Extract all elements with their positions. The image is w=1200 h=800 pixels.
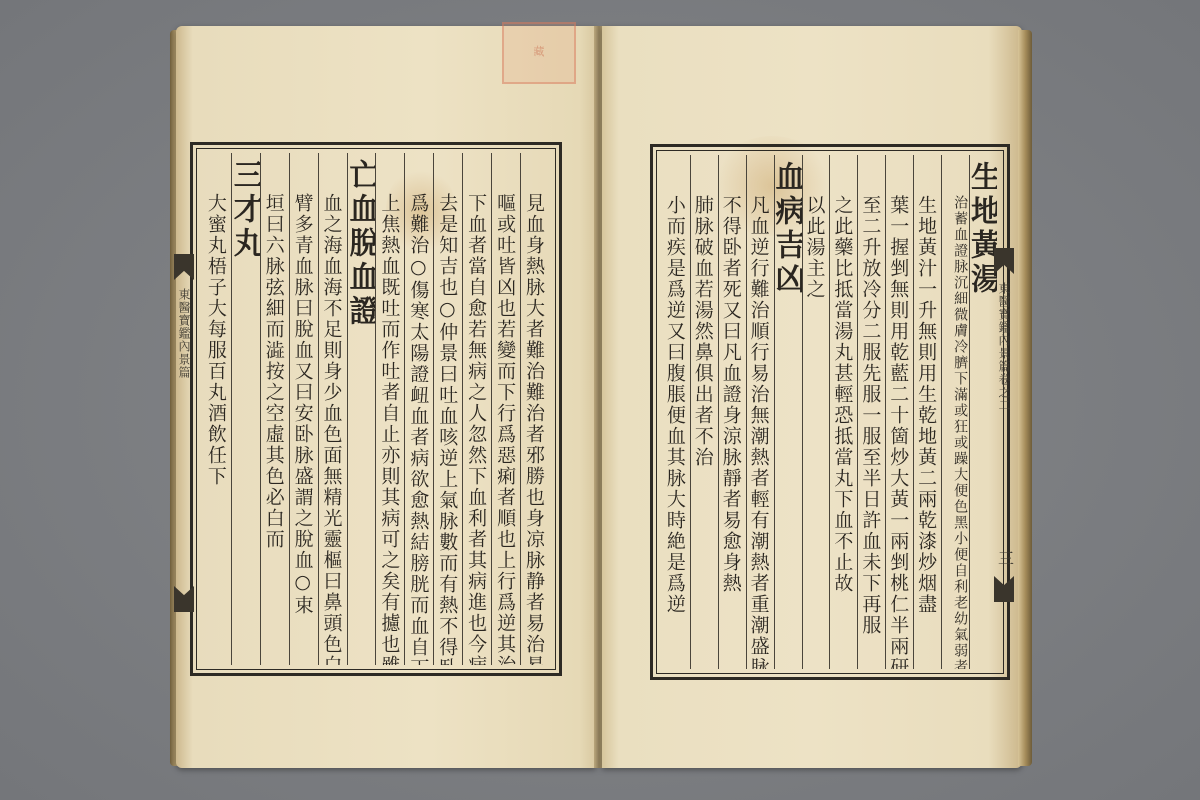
page-number: 三	[998, 546, 1014, 569]
text-column: 至二升放冷分二服先服一服至半日許血未下再服	[857, 155, 885, 669]
prescription-heading: 三才丸	[231, 153, 260, 665]
margin-label: 東醫寶鑑內景篇	[176, 288, 193, 379]
text-column: 爲難治○傷寒太陽證衄血者病欲愈熱結膀胱而血自下者亦欲愈以此觀之則他病伏熱之人	[404, 153, 433, 665]
prescription-heading: 生地黃湯	[969, 155, 997, 669]
text-column: 血之海血海不足則身少血色面無精光靈樞曰鼻頭色白者亡血也又曰衝脉爲	[318, 153, 347, 665]
left-columns: 見血身熱脉大者難治難治者邪勝也身凉脉静者易治易治者正氣復也又曰六溢上行或 嘔或吐…	[203, 153, 549, 665]
text-column: 之此藥比抵當湯丸甚輕恐抵當丸下血不止故	[829, 155, 857, 669]
section-heading: 亡血脫血證	[347, 153, 376, 665]
text-column: 小而疾是爲逆又曰腹脹便血其脉大時絶是爲逆	[663, 155, 690, 669]
text-column: 見血身熱脉大者難治難治者邪勝也身凉脉静者易治易治者正氣復也又曰六溢上行或	[520, 153, 549, 665]
text-column: 治蓄血證脉沉細微膚冷臍下滿或狂或躁大便色黑小便自利老幼氣弱者尤宜	[941, 155, 969, 669]
open-book: 見血身熱脉大者難治難治者邪勝也身凉脉静者易治易治者正氣復也又曰六溢上行或 嘔或吐…	[170, 26, 1032, 776]
library-seal: 藏	[502, 22, 576, 84]
text-column: 下血者當自愈若無病之人忽然下血利者其病進也今病血證上行而復下行爲惡利者其邪欲	[462, 153, 491, 665]
left-page-text-frame: 見血身熱脉大者難治難治者邪勝也身凉脉静者易治易治者正氣復也又曰六溢上行或 嘔或吐…	[190, 142, 562, 676]
text-column: 去是知吉也○仲景曰吐血咳逆上氣脉數而有熱不得卧者死○無故忽然瀉下惡血名曰心絶	[433, 153, 462, 665]
text-column: 上焦熱血既吐而作吐者自止亦則其病可之矣有攄也雖熱血之	[375, 153, 404, 665]
text-column: 以此湯主之	[802, 155, 830, 669]
left-page: 見血身熱脉大者難治難治者邪勝也身凉脉静者易治易治者正氣復也又曰六溢上行或 嘔或吐…	[176, 26, 596, 768]
section-heading: 血病吉凶	[774, 155, 802, 669]
text-column: 垣曰六脉弦細而澁按之空虛其色必白而	[260, 153, 289, 665]
text-column: 葉一握剉無則用乾藍二十箇炒大黃一兩剉桃仁半兩研	[885, 155, 913, 669]
fishtail-mark-bottom	[174, 586, 194, 612]
text-column: 臂多青血脉曰脫血又曰安卧脉盛謂之脫血○束	[289, 153, 318, 665]
text-column: 生地黃汁一升無則用生乾地黃二兩乾漆炒烟盡	[913, 155, 941, 669]
fishtail-mark-top	[174, 254, 194, 280]
book-edge-right	[1018, 30, 1032, 766]
text-column: 大蜜丸梧子大每服百丸酒飲任下	[203, 153, 231, 665]
text-column: 不得卧者死又曰凡血證身涼脉靜者易愈身熱	[718, 155, 746, 669]
text-column: 肺脉破血若湯然鼻俱出者不治	[690, 155, 718, 669]
right-page-text-frame: 生地黃湯 治蓄血證脉沉細微膚冷臍下滿或狂或躁大便色黑小便自利老幼氣弱者尤宜 生地…	[650, 144, 1010, 680]
right-columns: 生地黃湯 治蓄血證脉沉細微膚冷臍下滿或狂或躁大便色黑小便自利老幼氣弱者尤宜 生地…	[663, 155, 997, 669]
margin-label: 東醫寶鑑內景篇卷之二	[996, 282, 1013, 412]
text-column: 嘔或吐皆凶也若變而下行爲惡痢者順也上行爲逆其治難下行爲順其治易故仲景云蓄血證	[491, 153, 520, 665]
text-column: 凡血逆行難治順行易治無潮熱者輕有潮熱者重潮盛脉大者死	[746, 155, 774, 669]
right-page: 生地黃湯 治蓄血證脉沉細微膚冷臍下滿或狂或躁大便色黑小便自利老幼氣弱者尤宜 生地…	[602, 26, 1022, 768]
